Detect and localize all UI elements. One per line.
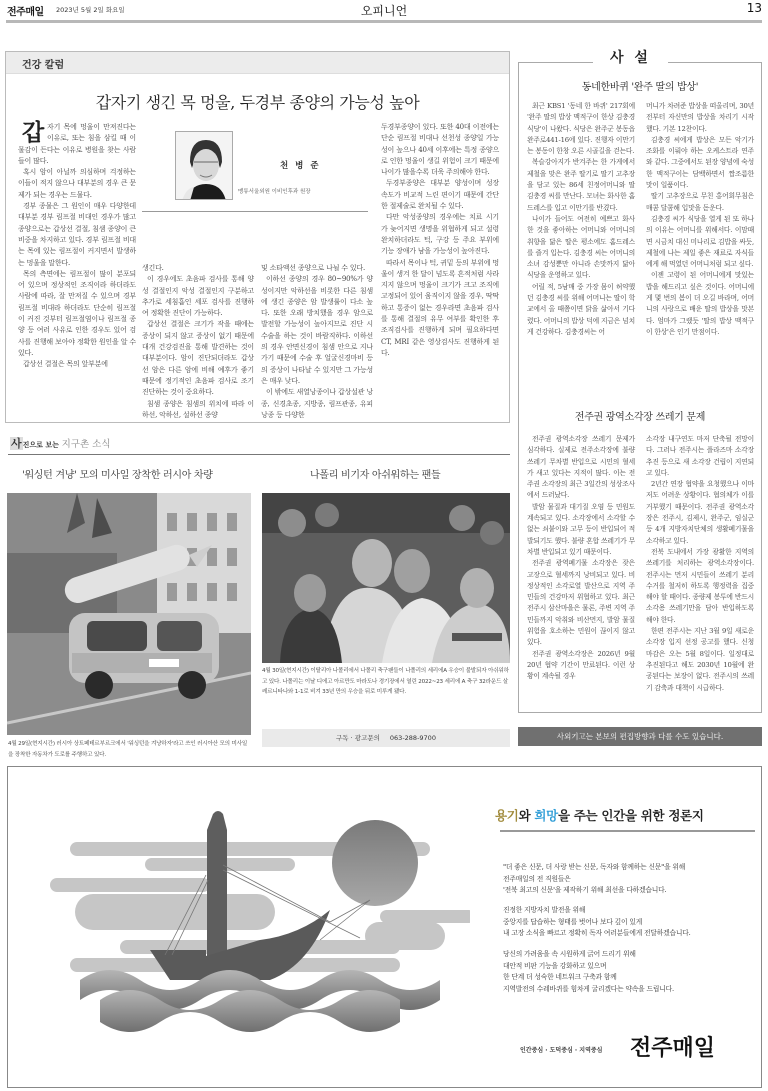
section-title: 오피니언: [6, 2, 762, 19]
editorial-2-column-2: 소각장 내구연도 마저 단축될 전망이다. 그러나 전주시는 플라즈마 소각장 …: [646, 434, 754, 694]
editorial-headline-1: 동네한바퀴 '완주 딸의 밥상': [519, 78, 761, 93]
photo-caption-1: 4월 29일(현지시간) 러시아 상트페테르부르크에서 '워싱턴을 겨냥하자'라…: [8, 739, 252, 760]
disclaimer-banner: 사외기고는 본보의 편집방향과 다를 수도 있습니다.: [518, 727, 762, 746]
editorial-2-column-1: 전주권 광역소각장 쓰레기 문제가 심각하다. 실제로 전주소각장에 불량 쓰레…: [527, 434, 635, 683]
author-divider: [142, 211, 368, 212]
page-number: 13: [747, 1, 762, 15]
author-role: 맹튜서울외원 이비인후과 원장: [238, 187, 311, 195]
article-column-2: 생긴다. 이 경우에도 초음파 검사를 통해 양성 결절인지 악성 결절인지 구…: [142, 263, 254, 421]
masthead: 전주매일 2023년 5월 2일 화요일 오피니언 13: [6, 0, 762, 22]
article-column-3: 및 소타액선 종양으로 나뉠 수 있다. 이하선 종양의 경우 80~90%가 …: [261, 263, 373, 421]
column-label: 건강 칼럼: [6, 52, 509, 74]
editorial-section: 동네한바퀴 '완주 딸의 밥상' 최근 KBS1 '동네 한 바퀴' 217회에…: [518, 63, 762, 713]
editorial-headline-2: 전주권 광역소각장 쓰레기 문제: [519, 408, 761, 423]
subscription-label: 구독 · 광고문의: [336, 734, 380, 742]
subscription-contact: 구독 · 광고문의063-288-9700: [262, 729, 510, 747]
ad-paragraph-2: 진정한 지방자치 발전을 위해 중앙지를 답습하는 형태를 벗어나 보다 깊이 …: [503, 905, 691, 940]
ad-brand-logo: 전주매일: [630, 1031, 715, 1062]
article-column-1: 갑자기 목에 멍울이 만져진다는 이유로, 또는 침을 삼킬 때 이물감이 든다…: [18, 122, 136, 371]
article-headline: 갑자기 생긴 목 멍울, 두경부 종양의 가능성 높아: [6, 90, 509, 113]
photo-news-header: 사진으로 보는 지구촌 소식: [10, 435, 111, 451]
author-photo: [175, 131, 233, 200]
author-portrait-icon: [176, 132, 233, 200]
russian-car-missile-photo: [7, 493, 251, 735]
subscription-phone: 063-288-9700: [390, 734, 436, 742]
editorial-1-column-2: 머니가 차려준 밥상을 떠올리며, 30년 전부터 자신만의 밥상을 차리기 시…: [646, 101, 754, 338]
ad-paragraph-3: 당신의 가려움을 속 시원하게 긁어 드리기 위해 대안적 비판 기능을 강화하…: [503, 949, 674, 995]
photo-title-2: 나폴리 비기자 아쉬워하는 팬들: [310, 466, 440, 481]
ad-tagline: 인간중심 · 도덕중심 · 지역중심: [520, 1045, 602, 1054]
photo-title-1: '워싱턴 겨냥' 모의 미사일 장착한 러시아 차량: [22, 466, 213, 481]
ad-paragraph-1: "더 좋은 신문, 더 사랑 받는 신문, 독자와 함께하는 신문"을 위해 전…: [503, 862, 685, 897]
photo-news-divider: [8, 454, 510, 455]
author-block: 천 병 준 맹튜서울외원 이비인후과 원장: [142, 131, 368, 251]
editorial-1-column-1: 최근 KBS1 '동네 한 바퀴' 217회에 '완주 딸의 밥상 맥적구이 한…: [527, 101, 635, 338]
masthead-divider: [6, 20, 762, 23]
ad-slogan: 용기와 희망을 주는 인간을 위한 정론지: [495, 806, 704, 824]
ship-sea-illustration-icon: [30, 790, 470, 1050]
fans-crowd-icon: [262, 493, 510, 663]
photo-caption-2: 4월 30일(현지시간) 이탈리아 나폴리에서 나폴리 축구팬들이 나폴리의 세…: [262, 666, 510, 698]
street-scene-icon: [7, 493, 251, 735]
author-name: 천 병 준: [280, 159, 321, 171]
ad-slogan-divider: [500, 830, 755, 832]
article-column-4: 두경부종양이 있다. 또한 40대 이전에는 단순 림프절 비대나 선천성 종양…: [381, 122, 499, 359]
napoli-fans-photo: [262, 493, 510, 663]
dropcap: 갑: [22, 122, 44, 144]
health-column: 건강 칼럼 갑자기 생긴 목 멍울, 두경부 종양의 가능성 높아 갑자기 목에…: [5, 51, 510, 423]
